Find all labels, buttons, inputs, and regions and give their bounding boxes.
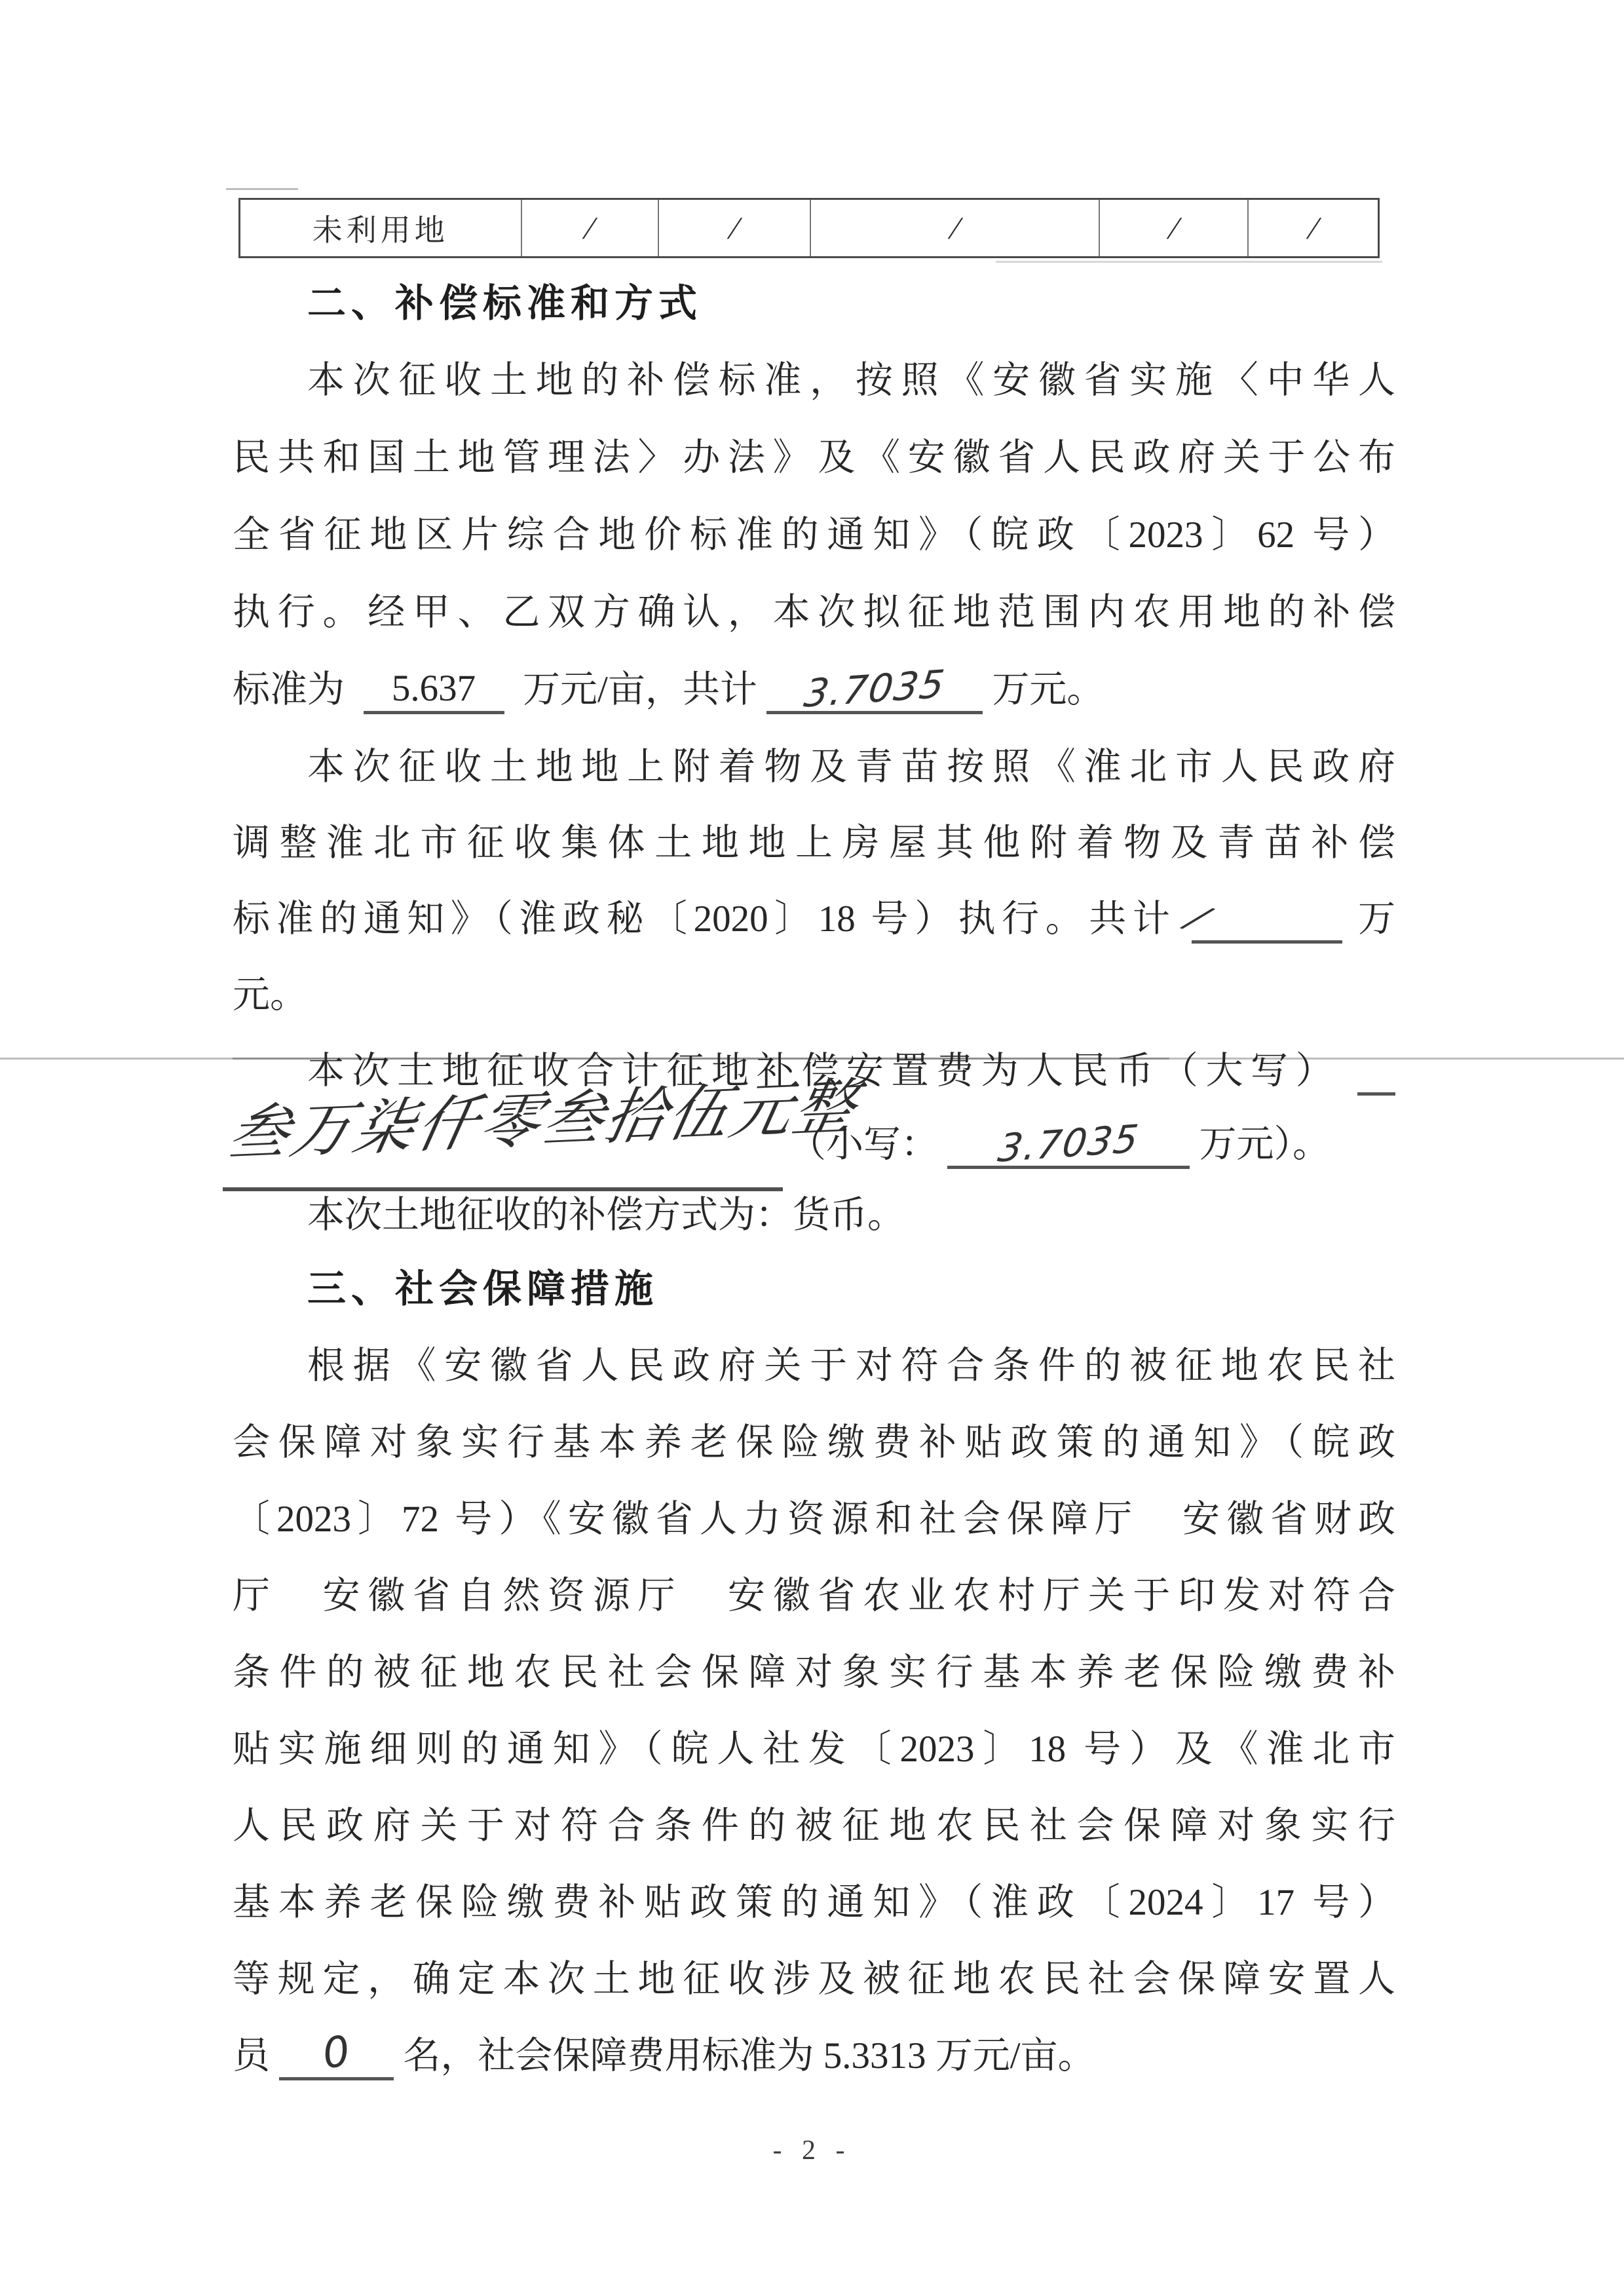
para5-line6: 贴实施细则的通知》（皖人社发〔2023〕18 号）及《淮北市 [233, 1725, 1395, 1774]
handwritten-slash: / [1177, 898, 1218, 939]
lowercase-amount-blank: 3.7035 [947, 1121, 1190, 1169]
total-amount-blank: 3.7035 [766, 666, 983, 714]
lowercase-prefix: （小写： [789, 1124, 938, 1165]
table-cell: / [522, 200, 659, 256]
para3-line2: （小写： 3.7035 万元）。 [233, 1120, 1395, 1169]
para1-line5-mid: 万元/亩，共计 [523, 669, 757, 710]
table-cell-value: / [583, 210, 597, 246]
para5-line8: 基本养老保险缴费补贴政策的通知》（淮政〔2024〕17 号） [233, 1879, 1395, 1927]
para2-line2: 调整淮北市征收集体土地地上房屋其他附着物及青苗补偿 [233, 819, 1395, 868]
caps-amount-blank-start [1357, 1048, 1395, 1096]
table-cell: / [659, 200, 811, 256]
para4-line: 本次土地征收的补偿方式为：货币。 [233, 1191, 1395, 1240]
para5-line1: 根据《安徽省人民政府关于对符合条件的被征地农民社 [233, 1342, 1395, 1390]
table-cell-value: / [1306, 210, 1320, 246]
para1-line5: 标准为 5.637 万元/亩，共计 3.7035 万元。 [233, 666, 1395, 714]
para5-line2: 会保障对象实行基本养老保险缴费补贴政策的通知》（皖政 [233, 1419, 1395, 1467]
para5-line10-suffix: 名，社会保障费用标准为 5.3313 万元/亩。 [404, 2035, 1095, 2076]
para1-line4: 执行。经甲、乙双方确认，本次拟征地范围内农用地的补偿 [233, 588, 1395, 637]
section2-heading: 二、补偿标准和方式 [233, 279, 1395, 328]
unit-price-value: 5.637 [392, 668, 476, 709]
unit-price-blank: 5.637 [364, 666, 504, 714]
handwritten-count: 0 [320, 2031, 352, 2074]
para5-line9: 等规定，确定本次土地征收涉及被征地农民社会保障安置人 [233, 1955, 1395, 2004]
table-cell: / [811, 200, 1100, 256]
para5-line7: 人民政府关于对符合条件的被征地农民社会保障对象实行 [233, 1802, 1395, 1850]
para2-line3-tail: 万 [1358, 898, 1395, 940]
para5-line10: 员 0 名，社会保障费用标准为 5.3313 万元/亩。 [233, 2032, 1395, 2080]
scan-artifact-line [996, 261, 1382, 263]
para1-line2: 民共和国土地管理法〉办法》及《安徽省人民政府关于公布 [233, 434, 1395, 482]
para1-line5-prefix: 标准为 [233, 669, 345, 710]
table-cell-label: 未利用地 [240, 200, 522, 256]
table-cell-value: / [948, 210, 962, 246]
para2-line4: 元。 [233, 971, 1395, 1020]
para5-line10-prefix: 员 [233, 2035, 270, 2076]
scanned-document-page: 未利用地 / / / / / 二、补偿标准和方式 本次征收土地的补偿标准，按照《… [0, 0, 1624, 2296]
resettled-count-blank: 0 [279, 2033, 394, 2080]
para1-line3: 全省征地区片综合地价标准的通知》（皖政〔2023〕62 号） [233, 511, 1395, 560]
table-cell: / [1249, 200, 1378, 256]
table-cell-value: / [1167, 210, 1180, 246]
scan-artifact-line [226, 188, 298, 190]
land-type-label: 未利用地 [312, 206, 449, 250]
para5-line3: 〔2023〕72 号）《安徽省人力资源和社会保障厅 安徽省财政 [233, 1495, 1395, 1544]
section3-heading: 三、社会保障措施 [233, 1265, 1395, 1313]
para1-line5-suffix: 万元。 [992, 669, 1104, 710]
land-type-table-row: 未利用地 / / / / / [238, 198, 1380, 258]
table-cell: / [1100, 200, 1248, 256]
page-number: - 2 - [0, 2135, 1624, 2166]
para2-line1: 本次征收土地地上附着物及青苗按照《淮北市人民政府 [233, 743, 1395, 792]
para1-line1: 本次征收土地的补偿标准，按照《安徽省实施〈中华人 [233, 356, 1395, 405]
lowercase-suffix: 万元）。 [1199, 1124, 1331, 1165]
table-cell-value: / [727, 210, 741, 246]
handwritten-total-amount: 3.7035 [801, 661, 948, 716]
attachment-total-blank: / [1192, 896, 1342, 944]
para2-line3-text: 标准的通知》（淮政秘〔2020〕18 号）执行。共计 [233, 898, 1176, 940]
para2-line3: 标准的通知》（淮政秘〔2020〕18 号）执行。共计 / 万 [233, 895, 1395, 944]
para5-line5: 条件的被征地农民社会保障对象实行基本养老保险缴费补 [233, 1649, 1395, 1697]
para5-line4: 厅 安徽省自然资源厅 安徽省农业农村厅关于印发对符合 [233, 1572, 1395, 1620]
handwritten-lowercase-amount: 3.7035 [995, 1116, 1142, 1171]
